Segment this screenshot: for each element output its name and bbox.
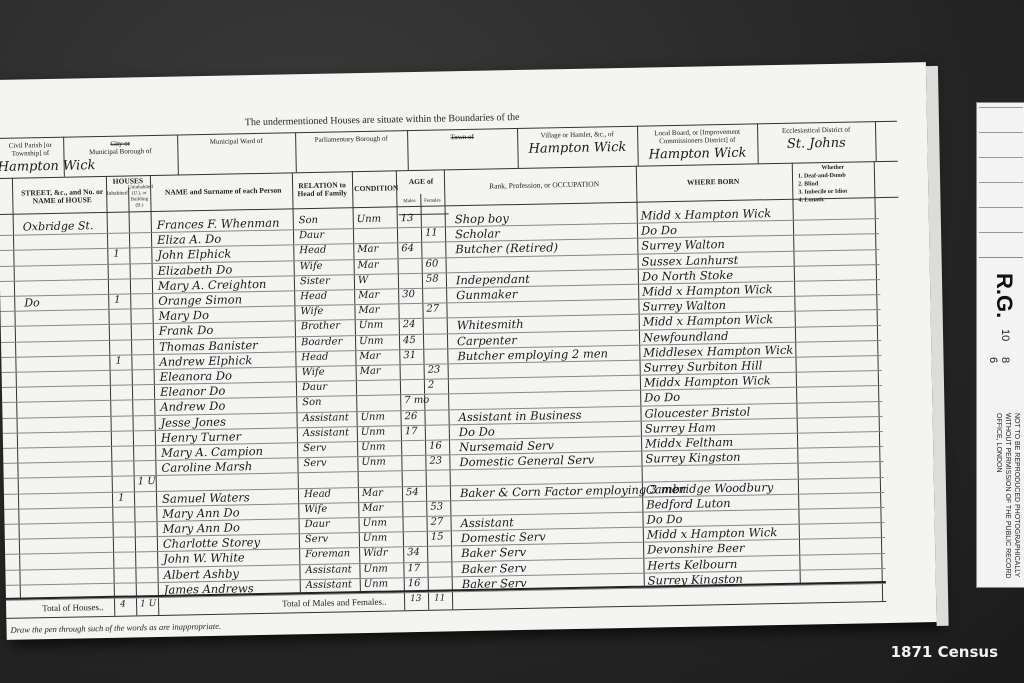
cell-where-born: Newfoundland [643, 329, 729, 345]
cell-occupation: Nursemaid Serv [459, 438, 554, 454]
cell-where-born: Surrey Walton [641, 237, 725, 253]
cell-name: Jesse Jones [160, 414, 226, 429]
cell-inhabited: 1 [113, 249, 120, 260]
cell-inhabited: 1 [115, 355, 122, 366]
footnote: Draw the pen through such of the words a… [10, 621, 221, 635]
cell-female-age: 23 [429, 456, 442, 467]
cell-occupation: Gunmaker [456, 287, 517, 302]
cell-occupation: Do Do [459, 424, 495, 439]
header-box-label: City orMunicipal Borough of [63, 139, 177, 157]
header-box-value: Hampton Wick [0, 159, 64, 175]
cell-female-age: 27 [426, 304, 439, 315]
cell-where-born: Surrey Ham [645, 420, 716, 435]
cell-inhabited: 1 [114, 295, 121, 306]
cell-uninhabited: 1 U [138, 476, 156, 487]
cell-condition: Unm [363, 563, 388, 574]
form-title: The undermentioned Houses are situate wi… [245, 112, 520, 128]
cell-where-born: Herts Kelbourn [647, 556, 737, 572]
tag-grid [979, 107, 1023, 258]
header-box-label: Village or Hamlet, &c., of [517, 130, 637, 140]
col-relation: RELATION to Head of Family [294, 181, 350, 198]
cell-relation: Head [304, 488, 331, 500]
cell-where-born: Surrey Walton [642, 298, 726, 314]
cell-condition: Unm [362, 518, 387, 529]
cell-condition: Unm [360, 411, 385, 422]
cell-occupation: Baker Serv [461, 561, 526, 576]
header-box-value: Hampton Wick [517, 140, 637, 157]
cell-occupation: Baker Serv [461, 545, 526, 560]
cell-condition: Mar [362, 502, 383, 513]
cell-condition: Mar [362, 487, 383, 498]
header-box: Civil Parish [or Township] ofHampton Wic… [0, 137, 65, 178]
cell-where-born: Surrey Kingston [645, 450, 740, 466]
cell-relation: Assistant [302, 412, 348, 424]
cell-male-age: 31 [403, 350, 416, 361]
cell-street: Do [24, 296, 40, 309]
image-caption: 1871 Census [891, 643, 998, 661]
cell-relation: Wife [302, 367, 325, 378]
reference-class: 10 [999, 329, 1011, 341]
cell-occupation: Independant [456, 272, 530, 287]
cell-relation: Assistant [305, 564, 351, 576]
col-uninhabited: Uninhabited (U.), or Building (B.) [128, 185, 150, 209]
header-box-label: Ecclesiastical District of [757, 125, 875, 135]
header-box: City orMunicipal Borough of [63, 135, 179, 177]
cell-condition: Unm [359, 320, 384, 331]
cell-name: Eleanor Do [160, 384, 226, 399]
header-box-value: Hampton Wick [637, 145, 757, 162]
cell-female-age: 16 [429, 441, 442, 452]
header-box: Ecclesiastical District ofSt. Johns [757, 121, 877, 163]
cell-condition: Mar [358, 305, 379, 316]
cell-male-age: 64 [401, 243, 414, 254]
cell-condition: Unm [357, 214, 382, 225]
col-whether: Whether 1. Deaf-and-Dumb2. Blind3. Imbec… [798, 163, 869, 204]
cell-occupation: Assistant [460, 515, 513, 530]
cell-female-age: 15 [431, 532, 444, 543]
header-box-label: Civil Parish [or Township] of [0, 141, 63, 158]
cell-male-age: 13 [401, 213, 414, 224]
reference-piece: 8 6 [987, 357, 1011, 371]
cell-name: Mary Ann Do [162, 505, 239, 520]
cell-male-age: 16 [408, 578, 421, 589]
cell-relation: Brother [301, 321, 341, 333]
cell-condition: Widr [363, 548, 388, 559]
cell-female-age: 58 [426, 273, 439, 284]
cell-name: Albert Ashby [163, 566, 239, 581]
cell-female-age: 2 [428, 380, 435, 391]
cell-relation: Head [301, 351, 328, 363]
cell-name: Henry Turner [161, 429, 241, 445]
cell-name: Andrew Elphick [159, 353, 252, 369]
cell-relation: Foreman [305, 549, 350, 561]
cell-occupation: Whitesmith [457, 317, 524, 332]
header-box: Local Board, or [Improvement Commissione… [637, 123, 759, 165]
col-occupation: Rank, Profession, or OCCUPATION [454, 180, 634, 191]
cell-name: Frank Do [159, 323, 214, 338]
col-where-born: WHERE BORN [638, 177, 788, 188]
cell-name: Eliza A. Do [157, 232, 221, 247]
cell-name: Eleanora Do [160, 369, 232, 384]
cell-occupation: Carpenter [457, 333, 517, 348]
cell-male-age: 24 [403, 319, 416, 330]
cell-name: Andrew Do [160, 399, 225, 414]
cell-condition: Unm [361, 442, 386, 453]
cell-occupation: Scholar [455, 227, 500, 242]
cell-name: Samuel Waters [162, 490, 250, 506]
col-street: STREET, &c., and No. or NAME of HOUSE [12, 188, 112, 206]
cell-male-age: 7 mo [404, 395, 429, 406]
cell-relation: Head [299, 245, 326, 257]
cell-condition: W [358, 275, 368, 286]
total-males: 13 [410, 594, 422, 604]
total-persons-label: Total of Males and Females.. [282, 597, 387, 609]
cell-relation: Serv [303, 443, 326, 454]
total-females: 11 [434, 593, 446, 603]
header-box: Parliamentary Borough of [295, 130, 409, 172]
cell-male-age: 45 [403, 335, 416, 346]
col-females: Females [421, 197, 443, 205]
cell-relation: Sister [300, 275, 330, 287]
cell-name: Orange Simon [158, 292, 242, 308]
cell-name: John W. White [163, 551, 245, 567]
cell-occupation: Shop boy [455, 211, 509, 226]
cell-female-age: 23 [428, 365, 441, 376]
cell-where-born: Do Do [644, 390, 680, 405]
cell-condition: Mar [357, 244, 378, 255]
cell-female-age: 27 [430, 516, 443, 527]
cell-where-born: Do Do [641, 223, 677, 238]
cell-male-age: 30 [402, 289, 415, 300]
total-houses-label: Total of Houses.. [42, 602, 104, 613]
cell-condition: Unm [363, 533, 388, 544]
cell-condition: Mar [358, 259, 379, 270]
col-inhabited: Inhabited [106, 189, 128, 197]
cell-relation: Wife [304, 504, 327, 515]
cell-relation: Assistant [306, 579, 352, 591]
reference-tag: R.G. 10 8 6 NOT TO BE REPRODUCED PHOTOGR… [976, 102, 1024, 588]
cell-where-born: Do Do [646, 512, 682, 527]
cell-condition: Mar [358, 290, 379, 301]
cell-occupation: Domestic Serv [461, 530, 546, 546]
cell-female-age: 11 [425, 228, 438, 239]
cell-condition: Unm [361, 457, 386, 468]
cell-male-age: 17 [405, 426, 418, 437]
cell-male-age: 34 [407, 547, 420, 558]
cell-condition: Unm [359, 335, 384, 346]
cell-male-age: 17 [407, 563, 420, 574]
cell-where-born: Bedford Luton [646, 496, 731, 512]
cell-female-age: 60 [426, 258, 439, 269]
cell-male-age: 26 [404, 411, 417, 422]
cell-where-born: Do North Stoke [642, 268, 733, 284]
cell-male-age: 54 [406, 487, 419, 498]
cell-relation: Wife [300, 306, 323, 317]
header-box-label: Local Board, or [Improvement Commissione… [637, 127, 757, 145]
reproduction-notice: NOT TO BE REPRODUCED PHOTOGRAPHICALLY WI… [994, 413, 1021, 583]
cell-condition: Mar [360, 366, 381, 377]
header-box: Municipal Ward of [177, 132, 297, 174]
cell-relation: Head [300, 291, 327, 303]
total-houses-inhabited: 4 [120, 600, 126, 610]
cell-condition: Unm [361, 426, 386, 437]
cell-relation: Serv [303, 458, 326, 469]
cell-name: Elizabeth Do [158, 262, 233, 277]
header-box-label: Municipal Ward of [177, 136, 295, 146]
cell-inhabited: 1 [118, 492, 125, 503]
cell-relation: Daur [299, 230, 324, 241]
census-page: The undermentioned Houses are situate wi… [0, 62, 937, 640]
total-houses-uninhabited: 1 U [140, 599, 156, 609]
cell-name: Caroline Marsh [161, 459, 252, 475]
cell-name: John Elphick [157, 247, 231, 262]
col-condition: CONDITION [354, 184, 394, 193]
col-males: Males [398, 198, 420, 206]
cell-relation: Daur [302, 382, 327, 393]
cell-name: Mary Do [158, 308, 209, 323]
header-box-label: Town of [407, 132, 517, 142]
cell-relation: Son [299, 215, 319, 226]
cell-relation: Daur [304, 519, 329, 530]
cell-condition: Unm [364, 578, 389, 589]
cell-relation: Son [302, 397, 322, 408]
cell-relation: Serv [305, 534, 328, 545]
header-box: Town of [407, 128, 519, 170]
col-age: AGE of [398, 177, 444, 186]
cell-female-age: 53 [430, 501, 443, 512]
col-name: NAME and Surname of each Person [158, 186, 288, 196]
header-box-label: Parliamentary Borough of [295, 134, 407, 144]
header-box: Village or Hamlet, &c., ofHampton Wick [517, 126, 639, 168]
cell-relation: Assistant [303, 427, 349, 439]
cell-condition: Mar [359, 350, 380, 361]
cell-relation: Wife [300, 260, 323, 271]
cell-name: Mary Ann Do [163, 520, 240, 535]
header-box-value: St. Johns [757, 135, 875, 152]
reference-series: R.G. [991, 273, 1017, 318]
cell-where-born: Middx Feltham [645, 435, 733, 451]
cell-relation: Boarder [301, 336, 342, 348]
cell-street: Oxbridge St. [23, 219, 94, 233]
